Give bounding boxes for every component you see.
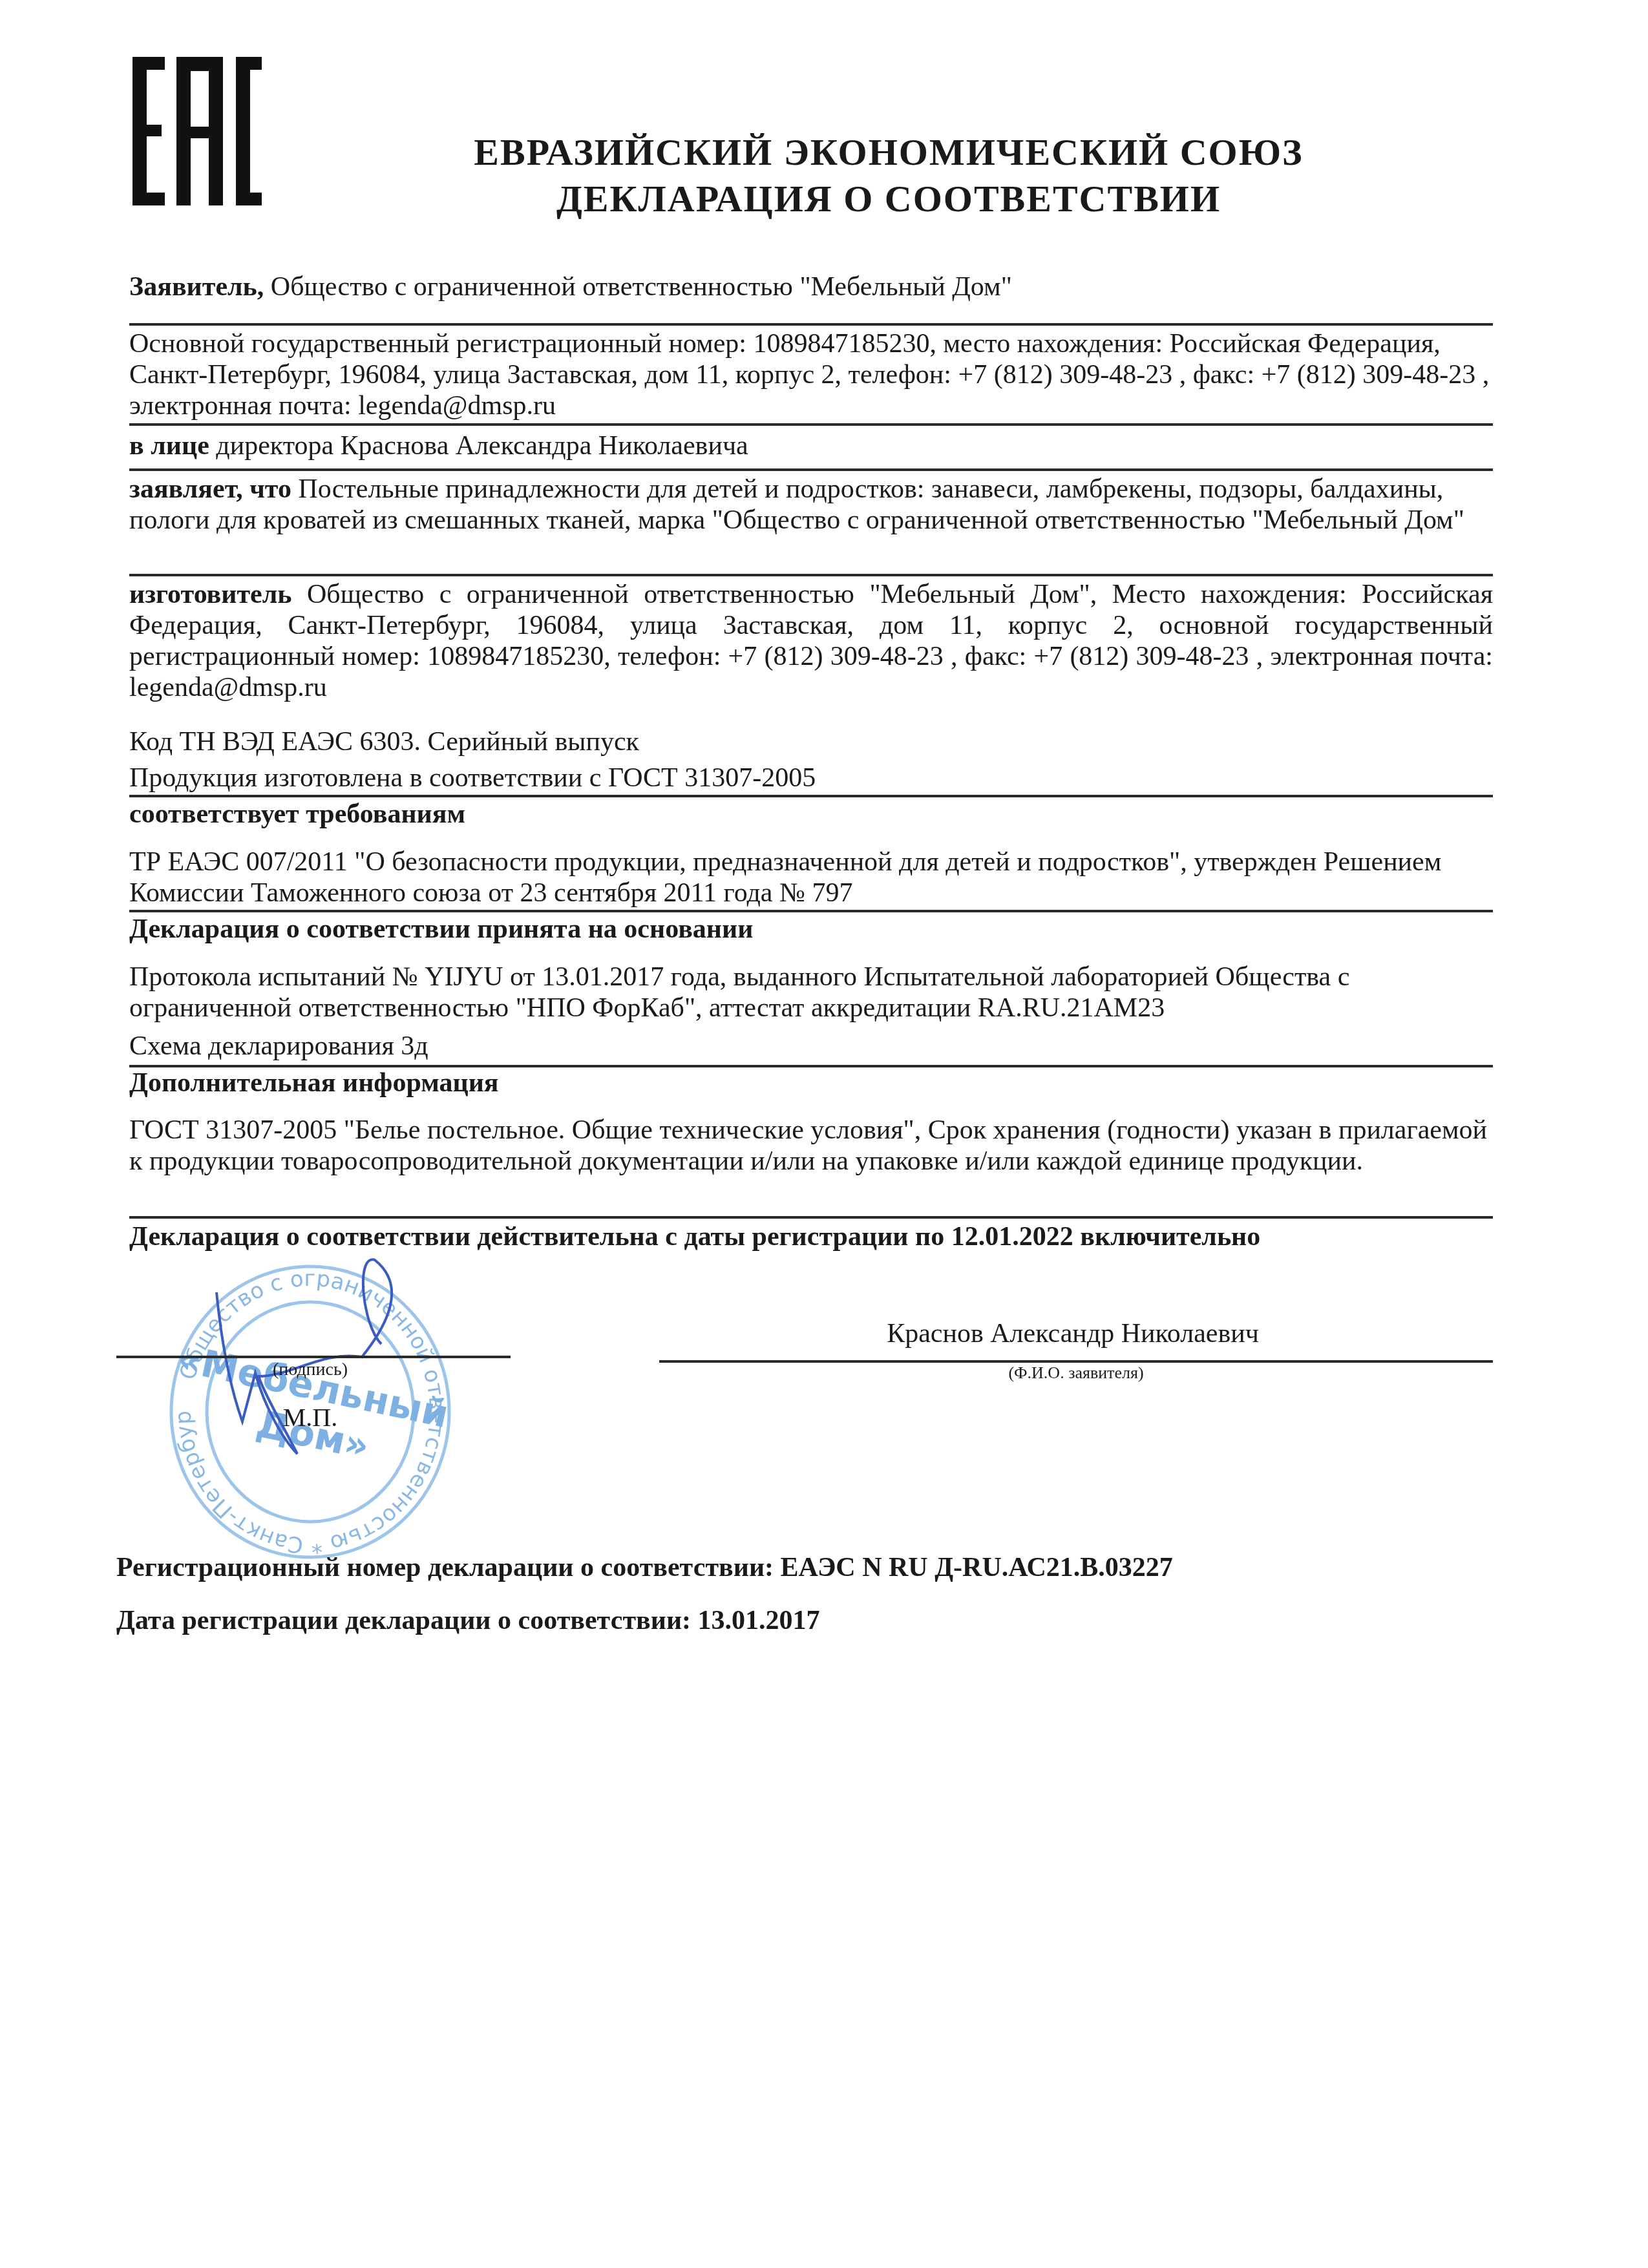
divider bbox=[129, 574, 1493, 576]
divider bbox=[129, 423, 1493, 426]
name-line bbox=[659, 1360, 1493, 1363]
applicant-label: Заявитель, bbox=[129, 272, 264, 302]
product-standard: Продукция изготовлена в соответствии с Г… bbox=[129, 762, 1493, 793]
signature-line bbox=[116, 1356, 511, 1358]
eac-mark-icon bbox=[132, 57, 262, 205]
divider bbox=[129, 323, 1493, 326]
declares-row: заявляет, что Постельные принадлежности … bbox=[129, 474, 1493, 536]
applicant-full-name: Краснов Александр Николаевич bbox=[659, 1318, 1486, 1349]
requirements-value: ТР ЕАЭС 007/2011 "О безопасности продукц… bbox=[129, 846, 1493, 908]
additional-value: ГОСТ 31307-2005 "Белье постельное. Общие… bbox=[129, 1115, 1493, 1177]
divider bbox=[129, 1216, 1493, 1219]
basis-value: Протокола испытаний № YIJYU от 13.01.201… bbox=[129, 961, 1493, 1024]
representative-value: директора Краснова Александра Николаевич… bbox=[209, 431, 748, 461]
requirements-label: соответствует требованиям bbox=[129, 799, 1493, 830]
additional-label: Дополнительная информация bbox=[129, 1067, 1493, 1098]
representative-row: в лице директора Краснова Александра Ник… bbox=[129, 430, 1493, 461]
applicant-details: Основной государственный регистрационный… bbox=[129, 328, 1493, 421]
divider bbox=[129, 795, 1493, 797]
declaration-scheme: Схема декларирования 3д bbox=[129, 1031, 1493, 1062]
divider bbox=[129, 910, 1493, 912]
declares-value: Постельные принадлежности для детей и по… bbox=[129, 474, 1464, 535]
title-declaration: ДЕКЛАРАЦИЯ О СООТВЕТСТВИИ bbox=[388, 176, 1389, 222]
signature-caption: (подпись) bbox=[246, 1360, 375, 1380]
seal-caption: М.П. bbox=[246, 1402, 375, 1433]
applicant-value: Общество с ограниченной ответственностью… bbox=[264, 272, 1011, 302]
document-title: ЕВРАЗИЙСКИЙ ЭКОНОМИЧЕСКИЙ СОЮЗ ДЕКЛАРАЦИ… bbox=[388, 129, 1389, 222]
registration-number: Регистрационный номер декларации о соотв… bbox=[116, 1552, 1173, 1583]
manufacturer-label: изготовитель bbox=[129, 580, 292, 609]
product-code: Код ТН ВЭД ЕАЭС 6303. Серийный выпуск bbox=[129, 726, 1493, 757]
manufacturer-value: Общество с ограниченной ответственностью… bbox=[129, 580, 1493, 702]
registration-date: Дата регистрации декларации о соответств… bbox=[116, 1605, 820, 1636]
representative-label: в лице bbox=[129, 431, 209, 461]
applicant-row: Заявитель, Общество с ограниченной ответ… bbox=[129, 271, 1493, 302]
divider bbox=[129, 468, 1493, 471]
manufacturer-row: изготовитель Общество с ограниченной отв… bbox=[129, 579, 1493, 703]
basis-label: Декларация о соответствии принята на осн… bbox=[129, 914, 1493, 945]
title-union: ЕВРАЗИЙСКИЙ ЭКОНОМИЧЕСКИЙ СОЮЗ bbox=[388, 129, 1389, 176]
declares-label: заявляет, что bbox=[129, 474, 291, 504]
name-caption: (Ф.И.О. заявителя) bbox=[659, 1363, 1493, 1383]
